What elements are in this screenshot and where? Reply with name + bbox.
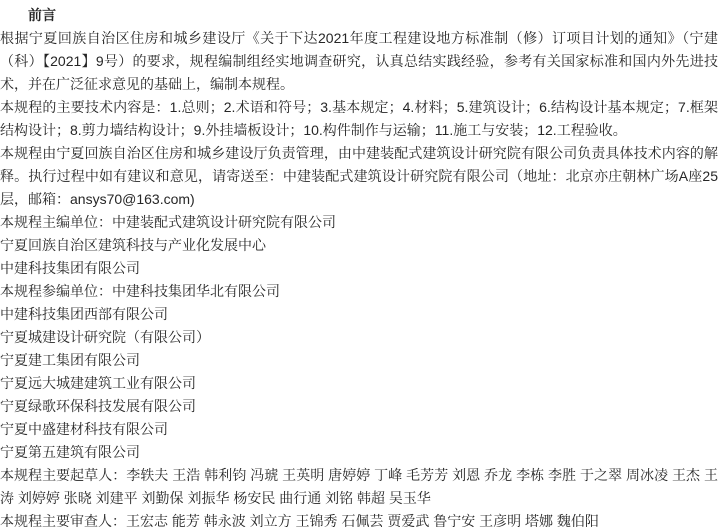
- para-org-cscec-tech-group: 中建科技集团有限公司: [0, 257, 718, 280]
- para-participating-orgs: 本规程参编单位：中建科技集团华北有限公司: [0, 280, 718, 303]
- para-org-ningxia-zhongsheng: 宁夏中盛建材科技有限公司: [0, 418, 718, 441]
- para-org-ningxia-urban-design: 宁夏城建设计研究院（有限公司）: [0, 326, 718, 349]
- para-main-reviewers: 本规程主要审查人：王宏志 能芳 韩永波 刘立方 王锦秀 石佩芸 贾爱武 鲁宁安 …: [0, 510, 718, 527]
- document-page: 前言 根据宁夏回族自治区住房和城乡建设厅《关于下达2021年度工程建设地方标准制…: [0, 0, 718, 527]
- para-org-ningxia-lvge: 宁夏绿歌环保科技发展有限公司: [0, 395, 718, 418]
- para-org-cscec-west: 中建科技集团西部有限公司: [0, 303, 718, 326]
- para-main-drafters: 本规程主要起草人：李轶夫 王浩 韩利钧 冯琥 王英明 唐婷婷 丁峰 毛芳芳 刘恩…: [0, 464, 718, 510]
- para-standard-basis: 根据宁夏回族自治区住房和城乡建设厅《关于下达2021年度工程建设地方标准制（修）…: [0, 27, 718, 96]
- para-management-and-contact: 本规程由宁夏回族自治区住房和城乡建设厅负责管理，由中建装配式建筑设计研究院有限公…: [0, 142, 718, 211]
- para-org-ningxia-building-tech-center: 宁夏回族自治区建筑科技与产业化发展中心: [0, 234, 718, 257]
- para-org-ningxia-construction-group: 宁夏建工集团有限公司: [0, 349, 718, 372]
- para-chief-editing-org: 本规程主编单位：中建装配式建筑设计研究院有限公司: [0, 211, 718, 234]
- para-technical-contents: 本规程的主要技术内容是：1.总则；2.术语和符号；3.基本规定；4.材料；5.建…: [0, 96, 718, 142]
- para-org-ningxia-fifth-construction: 宁夏第五建筑有限公司: [0, 441, 718, 464]
- page-title: 前言: [28, 4, 718, 27]
- para-org-ningxia-yuanda: 宁夏远大城建建筑工业有限公司: [0, 372, 718, 395]
